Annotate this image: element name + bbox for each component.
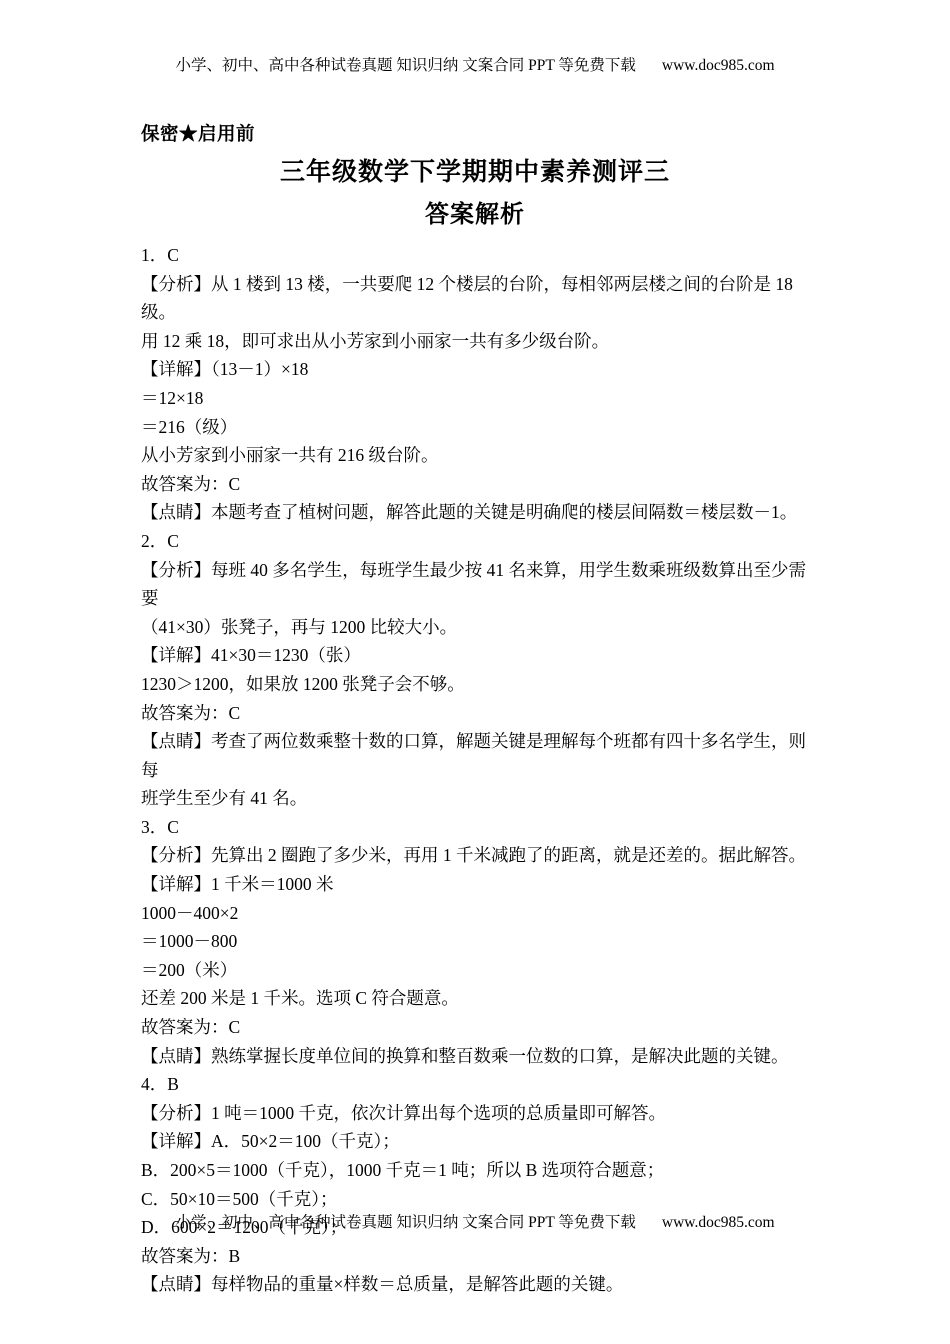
doc-line: 【详解】A．50×2＝100（千克）； — [141, 1127, 813, 1156]
footer-promo-text: 小学、初中、高中各种试卷真题 知识归纳 文案合同 PPT 等免费下载 — [175, 1214, 635, 1231]
doc-line: 故答案为：C — [141, 1013, 813, 1042]
doc-line: 【分析】先算出 2 圈跑了多少米，再用 1 千米减跑了的距离，就是还差的。据此解… — [141, 841, 813, 870]
doc-line: （41×30）张凳子，再与 1200 比较大小。 — [141, 613, 813, 642]
doc-line: 4．B — [141, 1070, 813, 1099]
doc-line: 【点睛】本题考查了植树问题，解答此题的关键是明确爬的楼层间隔数＝楼层数－1。 — [141, 498, 813, 527]
doc-line: 【分析】从 1 楼到 13 楼，一共要爬 12 个楼层的台阶，每相邻两层楼之间的… — [141, 270, 813, 327]
header-site-url: www.doc985.com — [662, 57, 775, 74]
footer-promo-bar: 小学、初中、高中各种试卷真题 知识归纳 文案合同 PPT 等免费下载www.do… — [0, 1210, 950, 1232]
doc-subtitle: 答案解析 — [0, 194, 950, 229]
footer-site-url: www.doc985.com — [662, 1214, 775, 1231]
header-promo-text: 小学、初中、高中各种试卷真题 知识归纳 文案合同 PPT 等免费下载 — [175, 57, 635, 74]
doc-line: 【点睛】考查了两位数乘整十数的口算，解题关键是理解每个班都有四十多名学生，则每 — [141, 727, 813, 784]
doc-title: 三年级数学下学期期中素养测评三 — [0, 152, 950, 188]
doc-line: 2．C — [141, 527, 813, 556]
doc-line: 【详解】（13－1）×18 — [141, 355, 813, 384]
doc-line: 从小芳家到小丽家一共有 216 级台阶。 — [141, 441, 813, 470]
doc-line: 【分析】1 吨＝1000 千克，依次计算出每个选项的总质量即可解答。 — [141, 1099, 813, 1128]
doc-line: 3．C — [141, 813, 813, 842]
doc-line: 用 12 乘 18，即可求出从小芳家到小丽家一共有多少级台阶。 — [141, 327, 813, 356]
header-promo-bar: 小学、初中、高中各种试卷真题 知识归纳 文案合同 PPT 等免费下载www.do… — [0, 53, 950, 75]
doc-line: 故答案为：B — [141, 1242, 813, 1271]
doc-line: ＝200（米） — [141, 956, 813, 985]
document-page: 小学、初中、高中各种试卷真题 知识归纳 文案合同 PPT 等免费下载www.do… — [0, 0, 950, 1344]
doc-line: ＝216（级） — [141, 413, 813, 442]
doc-line: 故答案为：C — [141, 699, 813, 728]
doc-line: 故答案为：C — [141, 470, 813, 499]
doc-line: 1．C — [141, 241, 813, 270]
doc-line: C．50×10＝500（千克）； — [141, 1185, 813, 1214]
doc-line: B．200×5＝1000（千克），1000 千克＝1 吨；所以 B 选项符合题意… — [141, 1156, 813, 1185]
doc-line: ＝1000－800 — [141, 927, 813, 956]
doc-line: 1000－400×2 — [141, 899, 813, 928]
doc-line: 1230＞1200，如果放 1200 张凳子会不够。 — [141, 670, 813, 699]
answer-body: 1．C 【分析】从 1 楼到 13 楼，一共要爬 12 个楼层的台阶，每相邻两层… — [141, 241, 813, 1299]
doc-line: 【点睛】每样物品的重量×样数＝总质量，是解答此题的关键。 — [141, 1270, 813, 1299]
doc-line: 【分析】每班 40 多名学生，每班学生最少按 41 名来算，用学生数乘班级数算出… — [141, 556, 813, 613]
doc-line: 【点睛】熟练掌握长度单位间的换算和整百数乘一位数的口算，是解决此题的关键。 — [141, 1042, 813, 1071]
doc-line: 还差 200 米是 1 千米。选项 C 符合题意。 — [141, 984, 813, 1013]
doc-line: 班学生至少有 41 名。 — [141, 784, 813, 813]
doc-line: 【详解】41×30＝1230（张） — [141, 641, 813, 670]
security-notice: 保密★启用前 — [141, 120, 255, 146]
doc-line: ＝12×18 — [141, 384, 813, 413]
doc-line: 【详解】1 千米＝1000 米 — [141, 870, 813, 899]
